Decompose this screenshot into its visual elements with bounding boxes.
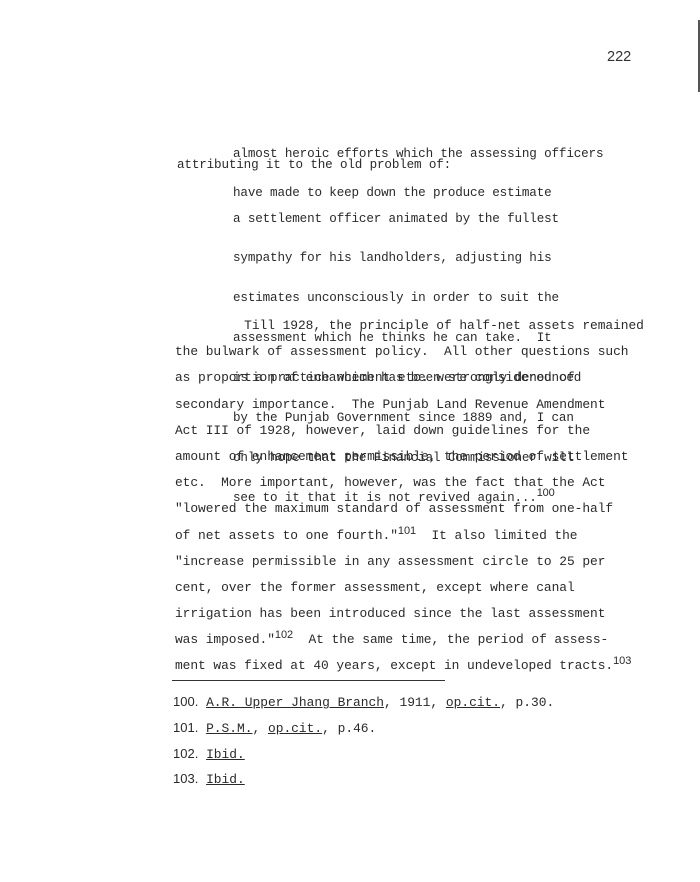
line-text: the bulwark of assessment policy. All ot… — [175, 344, 628, 359]
footnote-text: , 1911, — [384, 695, 446, 710]
quote-line: sympathy for his landholders, adjusting … — [233, 252, 581, 265]
line-text: secondary importance. The Punjab Land Re… — [175, 397, 605, 412]
body-line: amount of enhancement permissible, the p… — [175, 444, 665, 470]
line-text: as proportion of enhancement etc. were c… — [175, 370, 575, 385]
body-line: as proportion of enhancement etc. were c… — [175, 365, 665, 391]
line-text: At the same time, the period of assess- — [293, 632, 608, 647]
footnote-100: 100. A.R. Upper Jhang Branch, 1911, op.c… — [173, 690, 554, 716]
line-text: Till 1928, the principle of half-net ass… — [175, 318, 644, 333]
line-text: Act III of 1928, however, laid down guid… — [175, 423, 590, 438]
line-text: of net assets to one fourth." — [175, 528, 398, 543]
footnote-opcit: op.cit. — [446, 695, 500, 710]
body-line: Till 1928, the principle of half-net ass… — [175, 313, 665, 339]
line-text: amount of enhancement permissible, the p… — [175, 449, 628, 464]
body-line: was imposed."102 At the same time, the p… — [175, 627, 665, 653]
quote-line: estimates unconsciously in order to suit… — [233, 292, 581, 305]
footnote-source-title: A.R. Upper Jhang Branch — [206, 695, 384, 710]
footnote-number: 102. — [173, 746, 198, 761]
line-text: "lowered the maximum standard of assessm… — [175, 501, 613, 516]
body-line: etc. More important, however, was the fa… — [175, 470, 665, 496]
body-line: "lowered the maximum standard of assessm… — [175, 496, 665, 522]
footnote-text: , — [252, 721, 267, 736]
footnote-ibid: Ibid. — [206, 747, 245, 762]
line-text: cent, over the former assessment, except… — [175, 580, 575, 595]
page-number: 222 — [607, 49, 631, 65]
footnote-ref: 101 — [398, 525, 416, 537]
body-line: ment was fixed at 40 years, except in un… — [175, 653, 665, 679]
footnote-opcit: op.cit. — [268, 721, 322, 736]
body-line: irrigation has been introduced since the… — [175, 601, 665, 627]
body-line: the bulwark of assessment policy. All ot… — [175, 339, 665, 365]
line-text: irrigation has been introduced since the… — [175, 606, 605, 621]
body-line: cent, over the former assessment, except… — [175, 575, 665, 601]
footnote-text: , p.46. — [322, 721, 376, 736]
line-text: It also limited the — [416, 528, 577, 543]
body-line: of net assets to one fourth."101 It also… — [175, 523, 665, 549]
line-text: ment was fixed at 40 years, except in un… — [175, 658, 613, 673]
footnote-102: 102. Ibid. — [173, 742, 554, 768]
footnote-number: 103. — [173, 771, 198, 786]
line-text: "increase permissible in any assessment … — [175, 554, 605, 569]
footnote-101: 101. P.S.M., op.cit., p.46. — [173, 716, 554, 742]
body-line: "increase permissible in any assessment … — [175, 549, 665, 575]
footnotes: 100. A.R. Upper Jhang Branch, 1911, op.c… — [173, 690, 554, 793]
footnote-ibid: Ibid. — [206, 772, 245, 787]
footnote-103: 103. Ibid. — [173, 767, 554, 793]
line-text: etc. More important, however, was the fa… — [175, 475, 605, 490]
footnote-source-title: P.S.M. — [206, 721, 252, 736]
footnote-ref: 102 — [275, 629, 293, 641]
quote-lead-in: attributing it to the old problem of: — [177, 158, 451, 172]
quote-line: a settlement officer animated by the ful… — [233, 213, 581, 226]
footnote-ref: 103 — [613, 655, 631, 667]
footnote-separator — [172, 680, 445, 681]
line-text: was imposed." — [175, 632, 275, 647]
body-paragraph: Till 1928, the principle of half-net ass… — [175, 313, 665, 680]
footnote-number: 101. — [173, 720, 198, 735]
body-line: secondary importance. The Punjab Land Re… — [175, 392, 665, 418]
footnote-number: 100. — [173, 694, 198, 709]
body-line: Act III of 1928, however, laid down guid… — [175, 418, 665, 444]
footnote-text: , p.30. — [500, 695, 554, 710]
